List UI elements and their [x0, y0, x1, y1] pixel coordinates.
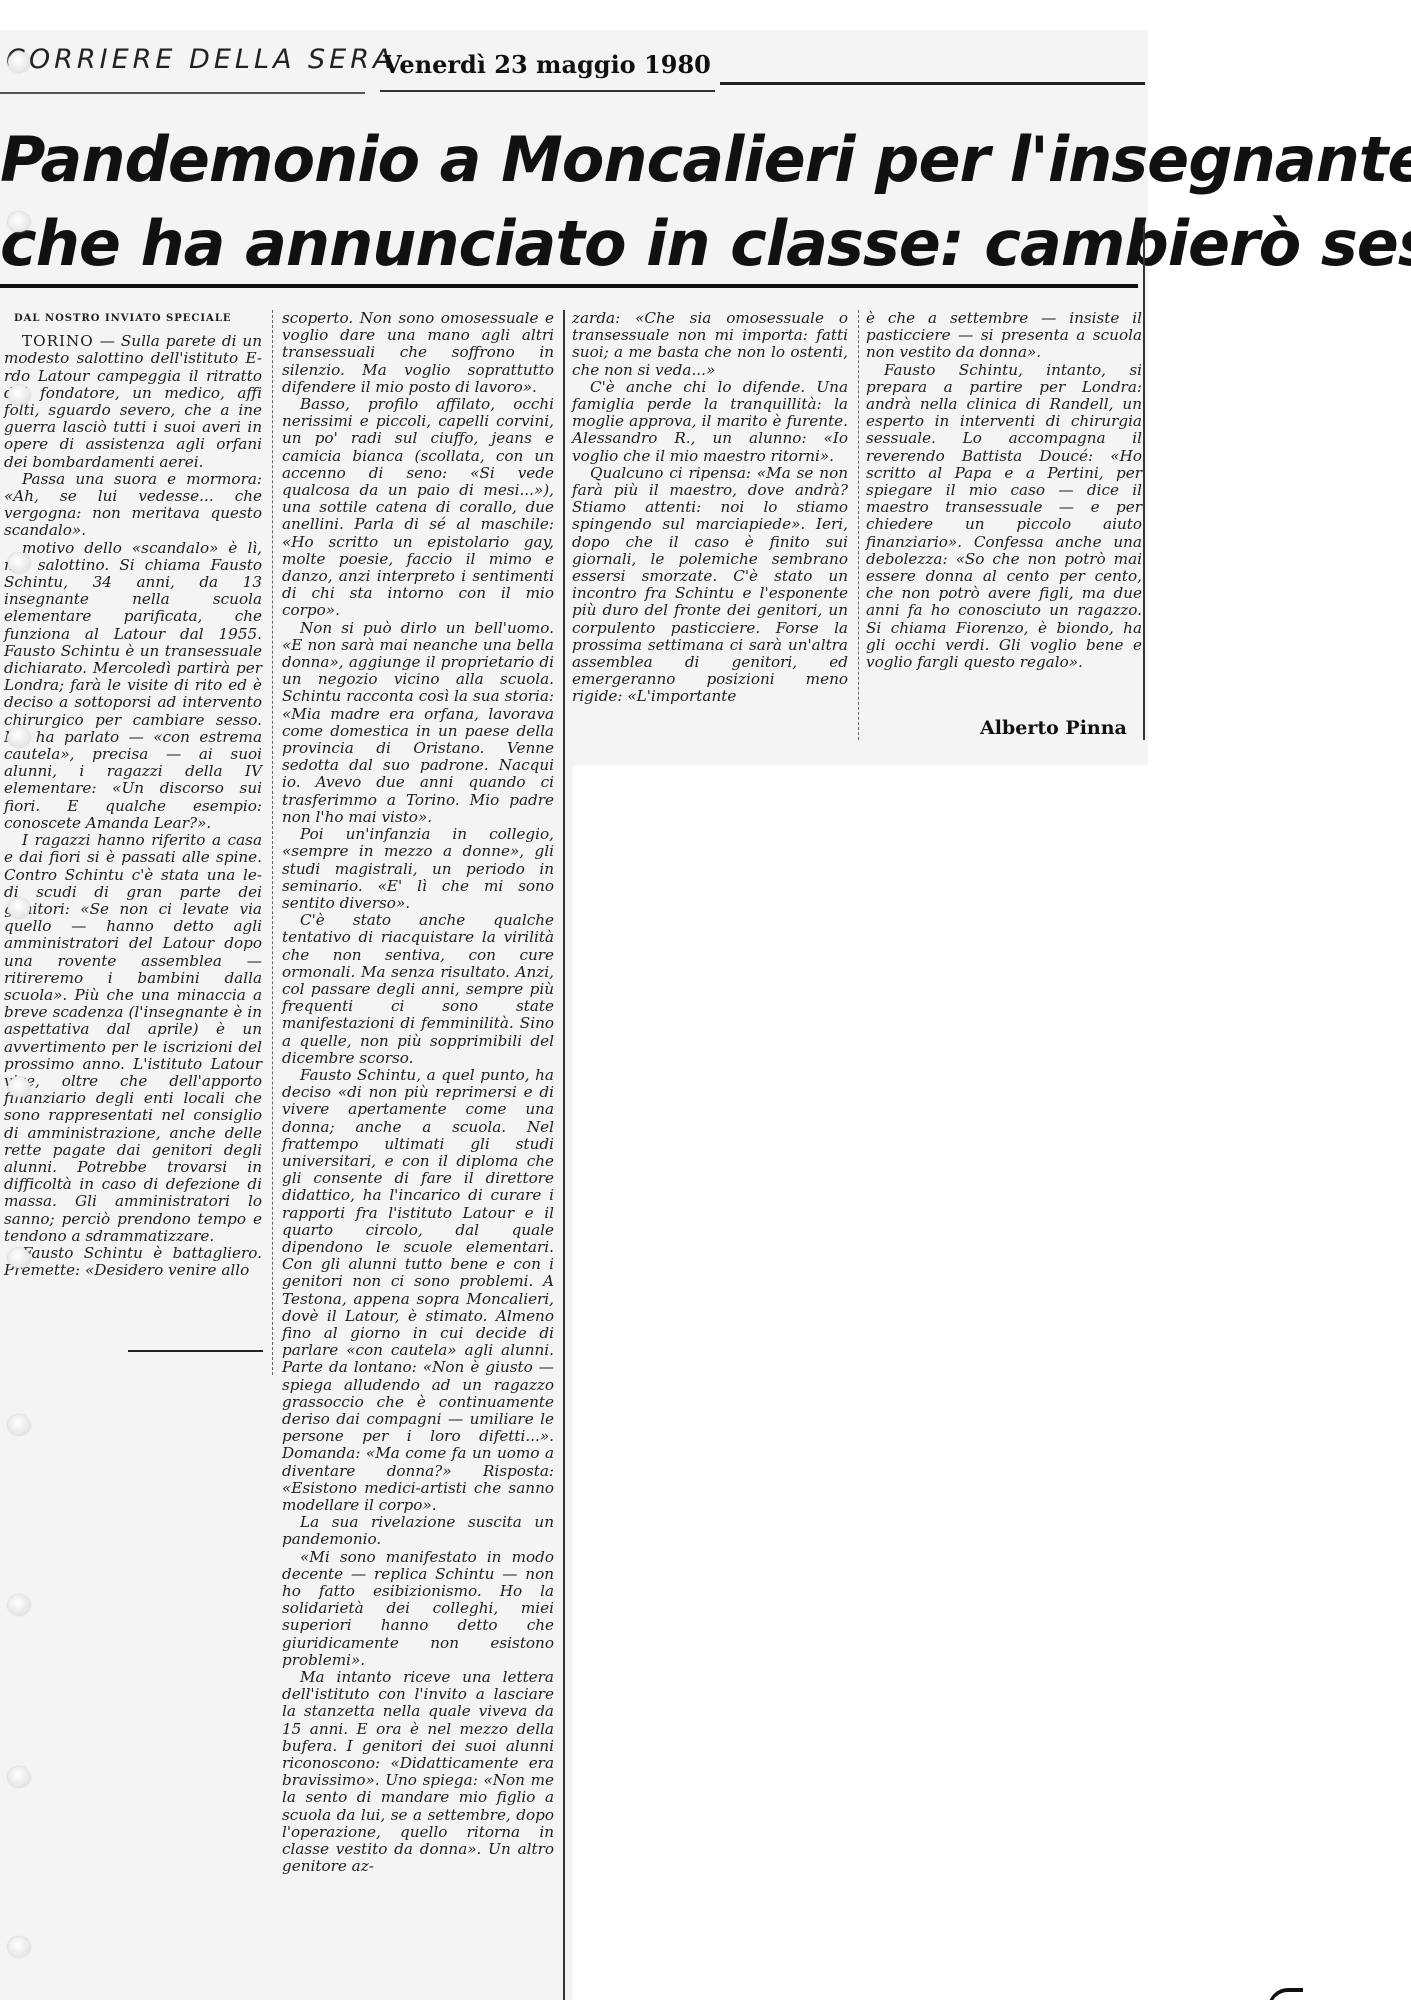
paragraph: Qualcuno ci ripensa: «Ma se non farà più…	[572, 465, 848, 706]
paragraph: è che a settembre — insiste il pasticcie…	[866, 310, 1142, 362]
punch-hole-icon	[8, 553, 30, 573]
paragraph: «Mi sono manifestato in modo decente — r…	[282, 1549, 554, 1669]
article-column-4: è che a settembre — insiste il pasticcie…	[866, 310, 1142, 671]
column-divider	[1143, 225, 1145, 740]
paragraph: — Sulla parete di un modesto salottino d…	[4, 332, 262, 470]
headline: Pandemonio a Moncalieri per l'insegnante…	[0, 118, 1150, 286]
column-divider	[858, 310, 859, 740]
punch-hole-icon	[8, 727, 30, 747]
paragraph: Fausto Schintu, intanto, si prepara a pa…	[866, 362, 1142, 672]
paragraph: La sua rivelazione suscita un pandemonio…	[282, 1514, 554, 1548]
article-column-1: DAL NOSTRO INVIATO SPECIALE TORINO — Sul…	[4, 310, 262, 1279]
column-end-rule	[128, 1350, 263, 1352]
paragraph: C'è stato anche qualche tentativo di ria…	[282, 912, 554, 1067]
punch-hole-icon	[8, 1077, 30, 1097]
punch-hole-icon	[8, 1595, 30, 1615]
column-divider	[563, 310, 565, 2000]
paragraph: Basso, profilo affilato, occhi nerissimi…	[282, 396, 554, 620]
top-rule	[720, 82, 1145, 85]
punch-hole-icon	[8, 1415, 30, 1435]
paragraph: Poi un'infanzia in collegio, «sempre in …	[282, 826, 554, 912]
paragraph: zarda: «Che sia omosessuale o transessua…	[572, 310, 848, 379]
date-rule	[380, 90, 715, 92]
paragraph: Passa una suora e mormora: «Ah, se lui v…	[4, 471, 262, 540]
paragraph: Fausto Schintu, a quel punto, ha deciso …	[282, 1067, 554, 1514]
paragraph: Ma intanto riceve una lettera dell'istit…	[282, 1669, 554, 1875]
punch-hole-icon	[8, 52, 30, 72]
paragraph: Non si può dirlo un bell'uomo. «E non sa…	[282, 620, 554, 826]
masthead-rule	[0, 92, 365, 94]
publication-date: Venerdì 23 maggio 1980	[383, 50, 711, 79]
column-divider	[272, 310, 273, 1375]
headline-line-1: Pandemonio a Moncalieri per l'insegnante	[0, 118, 1150, 202]
dateline-city: TORINO	[22, 332, 94, 350]
author-signature: Alberto Pinna	[980, 717, 1127, 739]
punch-hole-icon	[8, 1248, 30, 1268]
punch-hole-icon	[8, 898, 30, 918]
paragraph: Fausto Schintu è battagliero. Premette: …	[4, 1245, 262, 1279]
punch-hole-icon	[8, 1767, 30, 1787]
punch-hole-icon	[8, 212, 30, 232]
punch-hole-icon	[8, 385, 30, 405]
headline-line-2: che ha annunciato in classe: cambierò se…	[0, 202, 1150, 286]
paragraph: scoperto. Non sono omosessuale e voglio …	[282, 310, 554, 396]
correspondent-label: DAL NOSTRO INVIATO SPECIALE	[14, 310, 262, 327]
pen-mark	[1268, 1988, 1303, 2000]
article-column-2: scoperto. Non sono omosessuale e voglio …	[282, 310, 554, 1875]
article-column-3: zarda: «Che sia omosessuale o transessua…	[572, 310, 848, 706]
paragraph: C'è anche chi lo difende. Una famiglia p…	[572, 379, 848, 465]
paragraph: motivo dello «scandalo» è lì, nel salott…	[4, 540, 262, 832]
newspaper-masthead: CORRIERE DELLA SERA	[6, 44, 395, 75]
paragraph: I ragazzi hanno riferito a casa e dai fi…	[4, 832, 262, 1245]
headline-rule	[0, 284, 1138, 288]
punch-hole-icon	[8, 1937, 30, 1957]
